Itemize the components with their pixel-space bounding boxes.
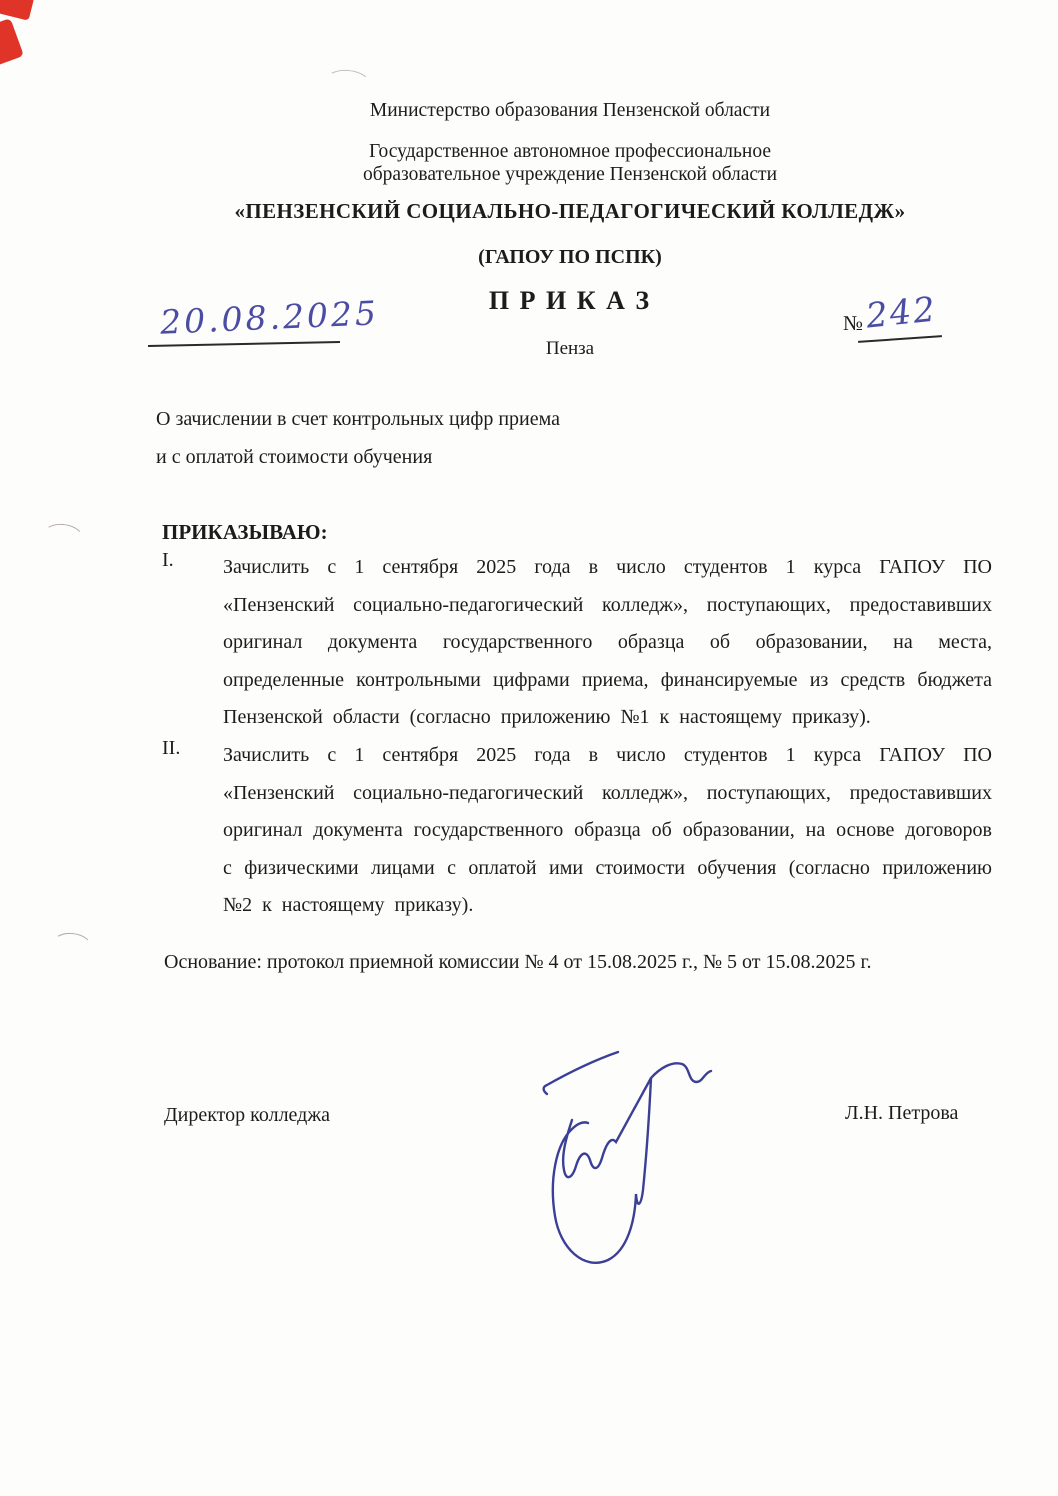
- pencil-squiggle-middle: [40, 521, 85, 555]
- order-item-1-number: I.: [162, 549, 174, 572]
- basis-line: Основание: протокол приемной комиссии № …: [164, 951, 871, 974]
- college-abbreviation: (ГАПОУ ПО ПСПК): [82, 246, 1058, 269]
- ministry-name: Министерство образования Пензенской обла…: [82, 100, 1058, 122]
- handwritten-date: 20.08.2025: [159, 293, 379, 342]
- signature-scribble: [500, 1030, 780, 1315]
- order-item-2: II. Зачислить с 1 сентября 2025 года в ч…: [162, 737, 992, 925]
- subject-line-1: О зачислении в счет контрольных цифр при…: [156, 408, 560, 431]
- order-item-2-text: Зачислить с 1 сентября 2025 года в число…: [223, 737, 992, 925]
- red-corner-mark-1: [0, 0, 34, 21]
- red-corner-mark-2: [0, 18, 24, 66]
- order-item-1: I. Зачислить с 1 сентября 2025 года в чи…: [162, 549, 992, 737]
- order-item-1-text: Зачислить с 1 сентября 2025 года в число…: [223, 549, 992, 737]
- number-sign-label: №: [843, 311, 863, 336]
- city-name: Пенза: [82, 338, 1058, 360]
- subject-line-2: и с оплатой стоимости обучения: [156, 446, 432, 469]
- org-name-line1: Государственное автономное профессиональ…: [82, 141, 1058, 163]
- pencil-squiggle-bottom: [51, 931, 94, 962]
- org-name-line2: образовательное учреждение Пензенской об…: [82, 164, 1058, 186]
- handwritten-order-number: 242: [864, 289, 939, 336]
- director-position-label: Директор колледжа: [164, 1104, 330, 1127]
- director-name: Л.Н. Петрова: [845, 1102, 958, 1125]
- pencil-squiggle-top: [325, 68, 371, 96]
- order-item-2-number: II.: [162, 737, 180, 760]
- college-name: «ПЕНЗЕНСКИЙ СОЦИАЛЬНО-ПЕДАГОГИЧЕСКИЙ КОЛ…: [82, 199, 1058, 224]
- order-verb-heading: ПРИКАЗЫВАЮ:: [162, 520, 328, 545]
- order-document-page: Министерство образования Пензенской обла…: [0, 0, 1058, 1496]
